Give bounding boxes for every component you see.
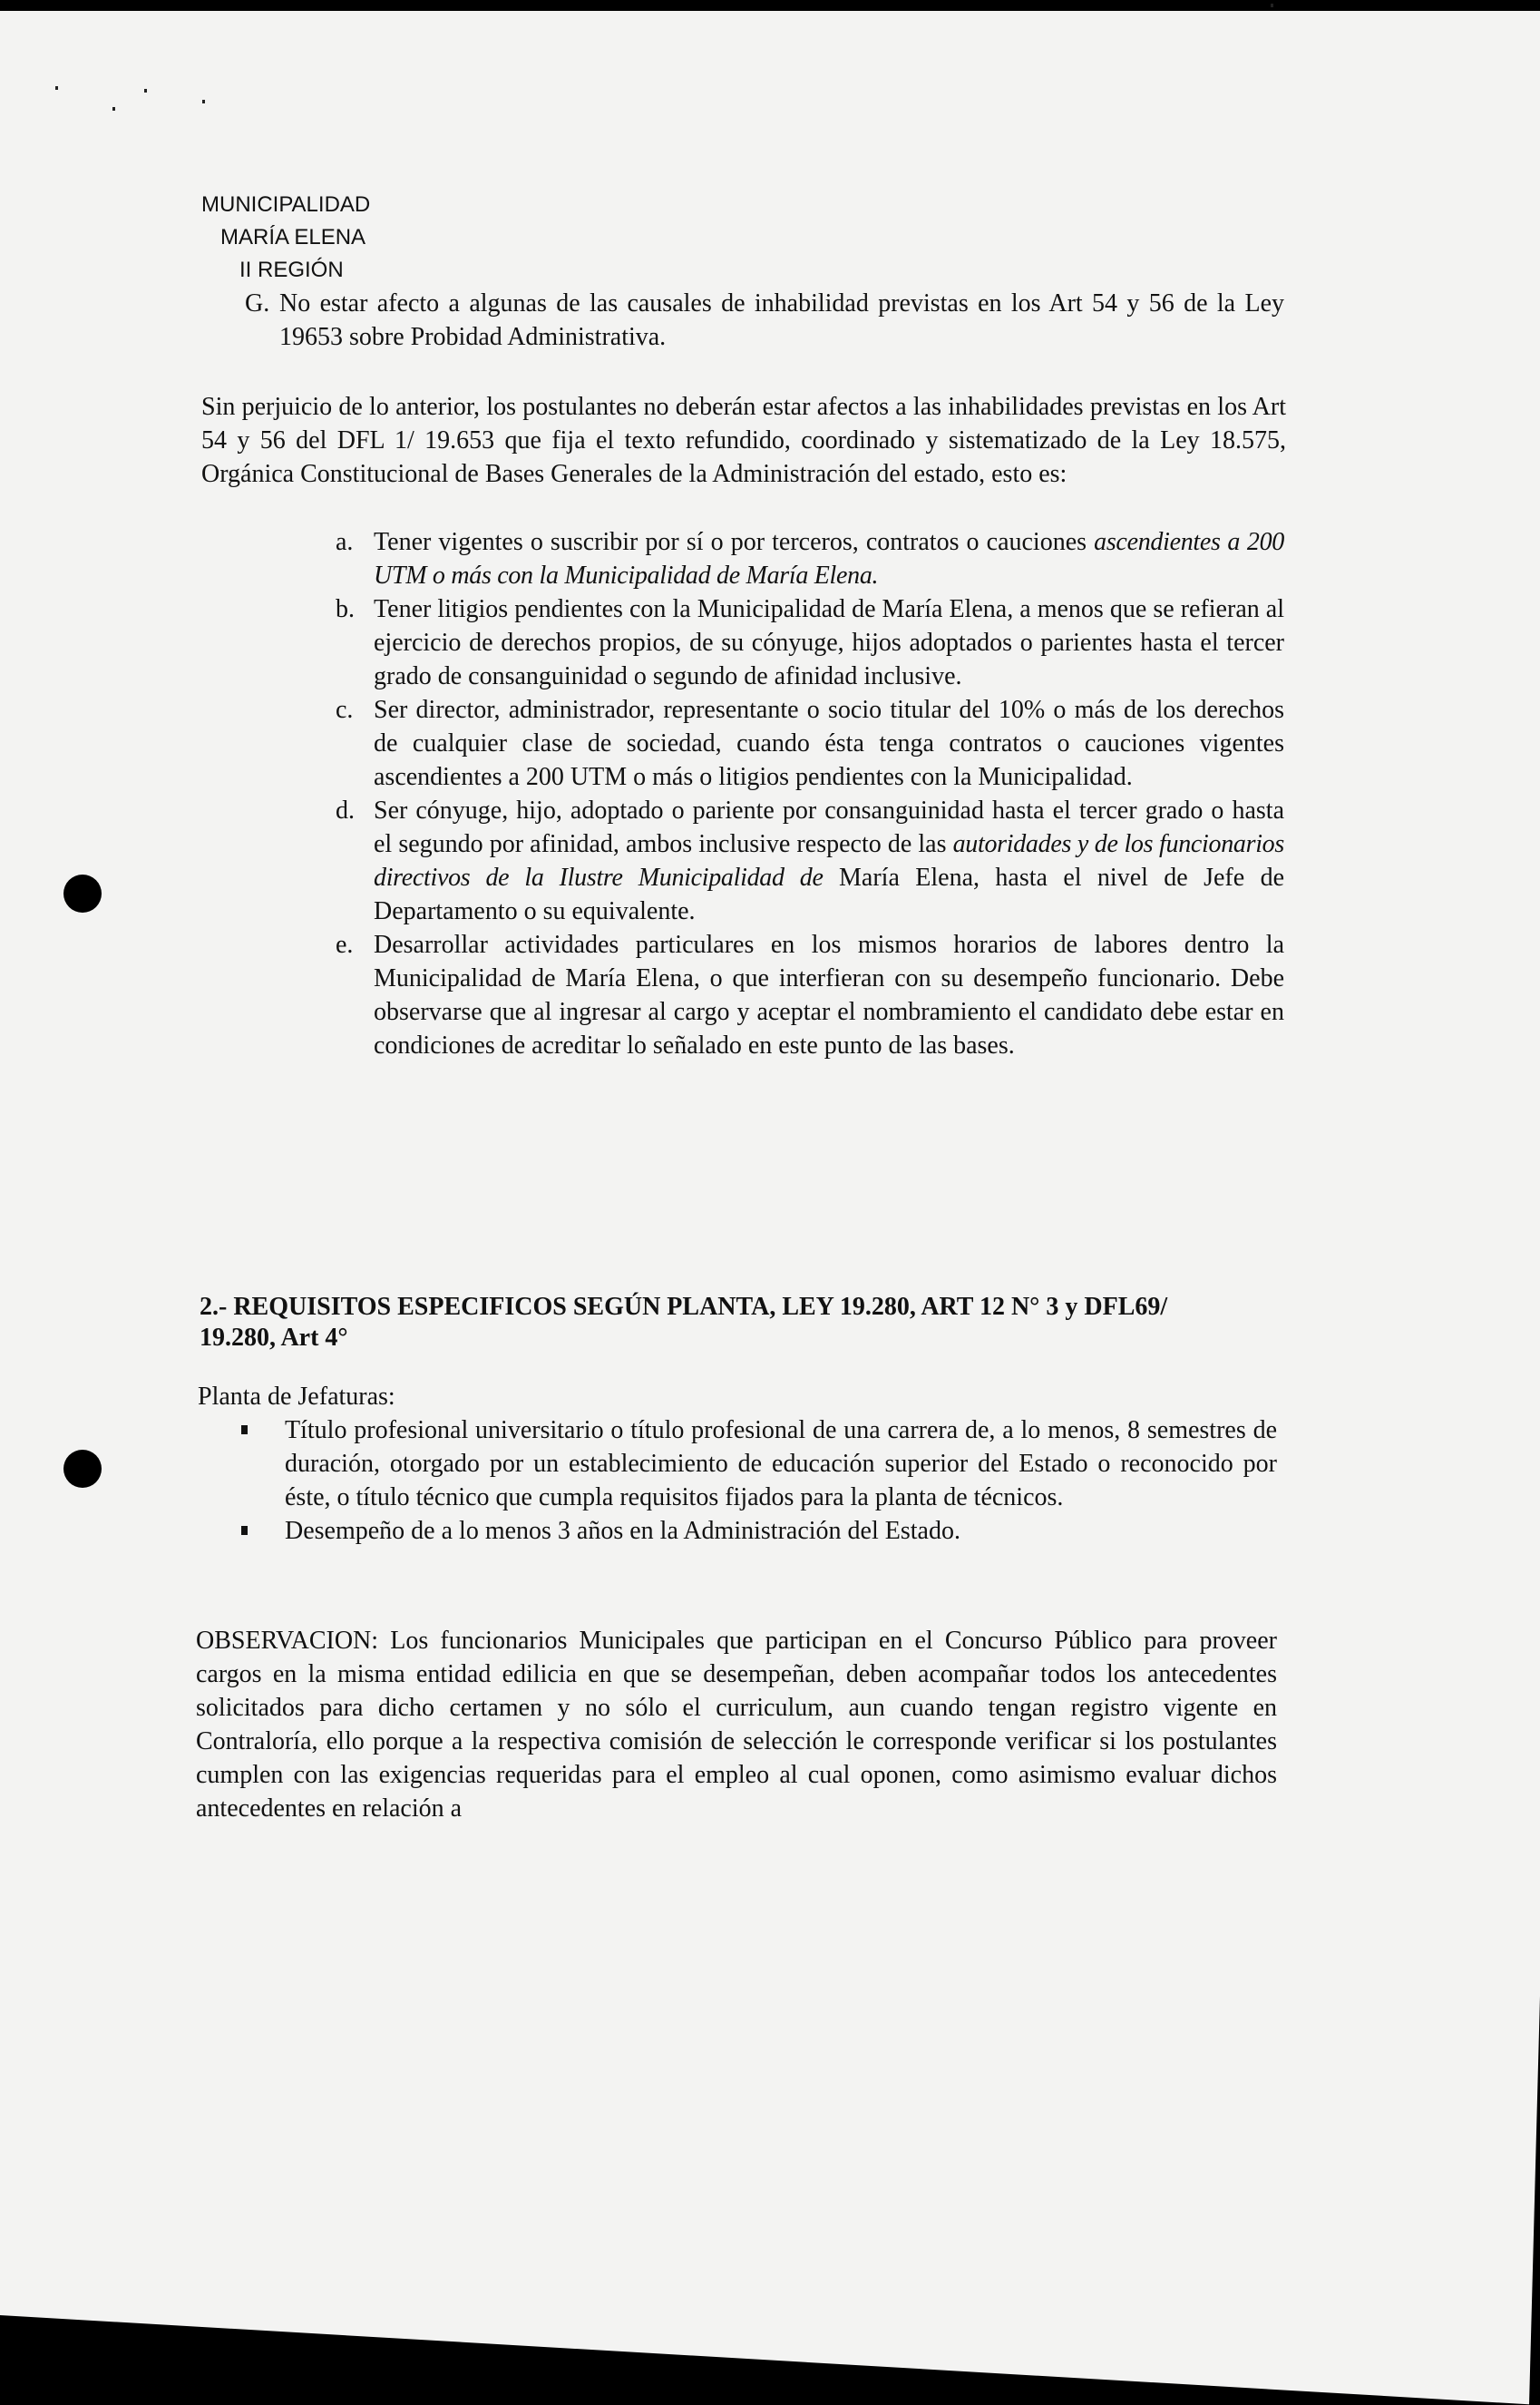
inhabilidades-list: a. Tener vigentes o suscribir por sí o p… [336, 525, 1284, 1062]
list-item-text: Ser director, administrador, representan… [374, 696, 1284, 791]
section-heading-line1: 2.- REQUISITOS ESPECIFICOS SEGÚN PLANTA,… [200, 1292, 1288, 1323]
bullet-item-text-after: la planta de técnicos. [851, 1483, 1064, 1511]
section-heading-line2: 19.280, Art 4° [200, 1323, 1288, 1354]
scan-speck [112, 107, 115, 111]
list-marker: e. [336, 928, 353, 962]
letterhead-municipality: MUNICIPALIDAD [201, 189, 370, 221]
letterhead: MUNICIPALIDAD MARÍA ELENA II REGIÓN [201, 189, 370, 287]
list-item-text: Desarrollar actividades particulares en … [374, 931, 1284, 1060]
letterhead-commune: MARÍA ELENA [201, 221, 370, 254]
list-item-d: d. Ser cónyuge, hijo, adoptado o parient… [336, 794, 1284, 928]
scanned-page [0, 11, 1540, 2405]
bullet-item: Título profesional universitario o títul… [198, 1413, 1277, 1514]
section-2-heading: 2.- REQUISITOS ESPECIFICOS SEGÚN PLANTA,… [200, 1292, 1288, 1354]
bullet-item: Desempeño de a lo menos 3 años en la Adm… [198, 1514, 1277, 1548]
list-marker: d. [336, 794, 355, 827]
requirement-g: G. No estar afecto a algunas de las caus… [245, 287, 1284, 354]
list-item-a: a. Tener vigentes o suscribir por sí o p… [336, 525, 1284, 592]
bullet-item-text: Desempeño de a lo menos 3 años en la Adm… [285, 1517, 960, 1545]
list-marker: c. [336, 693, 353, 727]
requirements-bullet-list: Título profesional universitario o títul… [198, 1413, 1277, 1548]
scan-speck [144, 89, 147, 93]
list-marker: G. [245, 287, 269, 320]
scan-speck [202, 100, 205, 103]
list-marker: a. [336, 525, 353, 559]
scan-speck [1271, 4, 1273, 7]
list-item-e: e. Desarrollar actividades particulares … [336, 928, 1284, 1062]
scan-speck [55, 86, 58, 90]
planta-subheading: Planta de Jefaturas: [198, 1380, 1286, 1413]
list-item-text: Tener litigios pendientes con la Municip… [374, 595, 1284, 690]
letterhead-region: II REGIÓN [201, 254, 370, 287]
square-bullet-icon [241, 1526, 248, 1535]
list-marker: b. [336, 592, 355, 626]
punch-hole [63, 1450, 102, 1488]
punch-hole [63, 875, 102, 913]
intro-paragraph: Sin perjuicio de lo anterior, los postul… [201, 390, 1286, 491]
requirement-text: No estar afecto a algunas de las causale… [279, 289, 1284, 351]
square-bullet-icon [241, 1425, 248, 1434]
list-item-text: Tener vigentes o suscribir por sí o por … [374, 528, 1087, 556]
observacion-paragraph: OBSERVACION: Los funcionarios Municipale… [196, 1624, 1277, 1825]
list-item-b: b. Tener litigios pendientes con la Muni… [336, 592, 1284, 693]
list-item-c: c. Ser director, administrador, represen… [336, 693, 1284, 794]
